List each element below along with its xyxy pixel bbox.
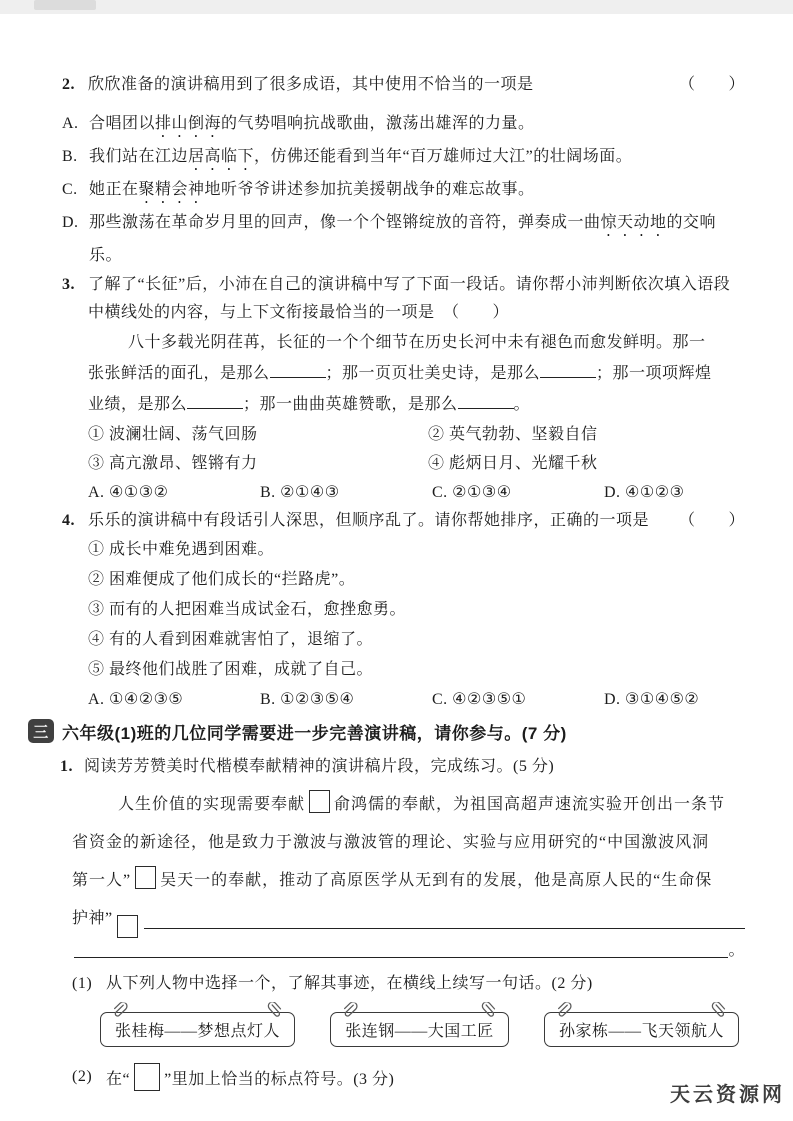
choice-a: A. ①④②③⑤ [88,685,260,714]
choice-d: D. ③①④⑤② [604,685,699,714]
option-text-post: ，仿佛还能看到当年“百万雄师过大江”的壮阔场面。 [254,148,632,165]
question-2-stem: 欣欣准备的演讲稿用到了很多成语，其中使用不恰当的一项是 [88,72,534,98]
option-text: 合唱团以排山倒海的气势唱响抗战歌曲，激荡出雄浑的力量。 [89,108,745,141]
section-three-title: 六年级(1)班的几位同学需要进一步完善演讲稿，请你参与。(7 分) [62,719,567,744]
exam-page: 2. 欣欣准备的演讲稿用到了很多成语，其中使用不恰当的一项是 （ ） A. 合唱… [0,0,793,1121]
option-label: B. [62,141,89,174]
sub-question-1-2-label: (2) [72,1063,106,1094]
question-3-head: 3. 了解了“长征”后，小沛在自己的演讲稿中写了下面一段话。请你帮小沛判断依次填… [62,271,745,327]
continuation-underline [74,957,728,958]
question-4: 4. 乐乐的演讲稿中有段话引人深思，但顺序乱了。请你帮她排序，正确的一项是 （ … [62,507,745,714]
question-4-head: 4. 乐乐的演讲稿中有段话引人深思，但顺序乱了。请你帮她排序，正确的一项是 （ … [62,507,745,535]
sub-question-1-2-text: 在“”里加上恰当的标点符号。(3 分) [106,1063,745,1094]
person-cards: 张桂梅——梦想点灯人 张连钢——大国工匠 孙家栋——飞天领航人 [100,1012,739,1047]
choice-c: C. ④②③⑤① [432,685,604,714]
question-4-stem: 乐乐的演讲稿中有段话引人深思，但顺序乱了。请你帮她排序，正确的一项是 [88,507,649,535]
sub-question-1-2: (2) 在“”里加上恰当的标点符号。(3 分) [72,1063,745,1094]
passage-text: 人生价值的实现需要奉献 [118,796,305,813]
fill-in-blank [458,394,514,409]
paperclip-icon [340,1001,359,1020]
passage-line: 人生价值的实现需要奉献俞鸿儒的奉献，为祖国高超声速流实验开创出一条节 [72,786,745,824]
passage-text: 俞鸿儒的奉献，为祖国高超声速流实验开创出一条节 [334,796,725,813]
watermark: 天云资源网 [670,1078,785,1107]
item-3: ③ 高亢激昂、铿锵有力 [88,449,428,478]
sentence-5: ⑤ 最终他们战胜了困难，成就了自己。 [88,655,745,685]
sub-question-1-2-pre: 在“ [106,1071,130,1088]
item-4: ④ 彪炳日月、光耀千秋 [428,449,745,478]
option-text-pre: 我们站在江边 [89,148,188,165]
person-card-label: 孙家栋——飞天领航人 [559,1023,724,1040]
sentence-3: ③ 而有的人把困难当成试金石，愈挫愈勇。 [88,595,745,625]
fill-in-blank [270,363,326,378]
section-three-body: 1. 阅读芳芳赞美时代楷模奉献精神的演讲稿片段，完成练习。(5 分) 人生价值的… [60,754,745,1094]
question-4-number: 4. [62,507,88,535]
question-4-items: ① 成长中难免遇到困难。 ② 困难便成了他们成长的“拦路虎”。 ③ 而有的人把困… [88,535,745,685]
passage-text: ；那一项项辉煌 [596,365,712,382]
passage-line: 第一人”吴天一的奉献，推动了高原医学从无到有的发展，他是高原人民的“生命保 [72,862,745,900]
person-card-label: 张连钢——大国工匠 [345,1023,494,1040]
paperclip-icon [554,1001,573,1020]
punctuation-box [309,790,330,813]
passage-text: ；那一曲曲英雄赞歌，是那么 [243,396,458,413]
question-2-option-b: B. 我们站在江边居高临下，仿佛还能看到当年“百万雄师过大江”的壮阔场面。 [62,141,745,174]
sub-question-1-1-text: 从下列人物中选择一个，了解其事迹，在横线上续写一句话。(2 分) [106,970,745,998]
item-1: ① 波澜壮阔、荡气回肠 [88,420,428,449]
passage-text: 张张鲜活的面孔，是那么 [88,365,270,382]
sub-question-1-number: 1. [60,754,84,780]
question-2-options: A. 合唱团以排山倒海的气势唱响抗战歌曲，激荡出雄浑的力量。 B. 我们站在江边… [62,108,745,271]
speech-passage: 人生价值的实现需要奉献俞鸿儒的奉献，为祖国高超声速流实验开创出一条节 省资金的新… [72,786,745,960]
emphasized-idiom: 惊天动地 [601,214,667,231]
section-three: 三 六年级(1)班的几位同学需要进一步完善演讲稿，请你参与。(7 分) 1. 阅… [28,716,745,1094]
question-3-passage: 八十多载光阴荏苒，长征的一个个细节在历史长河中未有褪色而愈发鲜明。那一 张张鲜活… [88,327,745,420]
passage-line: 省资金的新途径，他是致力于激波与激波管的理论、实验与应用研究的“中国激波风洞 [72,824,745,862]
punctuation-box [135,866,156,889]
question-3: 3. 了解了“长征”后，小沛在自己的演讲稿中写了下面一段话。请你帮小沛判断依次填… [62,271,745,507]
question-2: 2. 欣欣准备的演讲稿用到了很多成语，其中使用不恰当的一项是 （ ） A. 合唱… [62,72,745,271]
scan-smudge [34,0,96,10]
question-4-choices: A. ①④②③⑤ B. ①②③⑤④ C. ④②③⑤① D. ③①④⑤② [88,685,745,714]
option-label: A. [62,108,89,141]
sentence-2: ② 困难便成了他们成长的“拦路虎”。 [88,565,745,595]
sub-question-1-head: 1. 阅读芳芳赞美时代楷模奉献精神的演讲稿片段，完成练习。(5 分) [60,754,745,780]
sentence-period: 。 [728,942,745,960]
paperclip-icon [110,1001,129,1020]
question-3-choices: A. ④①③② B. ②①④③ C. ②①③④ D. ④①②③ [88,478,745,507]
question-2-option-a: A. 合唱团以排山倒海的气势唱响抗战歌曲，激荡出雄浑的力量。 [62,108,745,141]
option-label: C. [62,174,89,207]
choice-b: B. ②①④③ [260,478,432,507]
question-2-head: 2. 欣欣准备的演讲稿用到了很多成语，其中使用不恰当的一项是 （ ） [62,72,745,98]
fill-in-blank [540,363,596,378]
question-3-stem-text: 了解了“长征”后，小沛在自己的演讲稿中写了下面一段话。请你帮小沛判断依次填入语段… [88,276,730,321]
passage-text: 护神” [72,900,113,938]
continuation-line: 。 [72,940,745,960]
option-text: 那些激荡在革命岁月里的回声，像一个个铿锵绽放的音符，弹奏成一曲惊天动地的交响乐。 [89,207,745,271]
question-2-option-c: C. 她正在聚精会神地听爷爷讲述参加抗美援朝战争的难忘故事。 [62,174,745,207]
sentence-1: ① 成长中难免遇到困难。 [88,535,745,565]
option-text: 我们站在江边居高临下，仿佛还能看到当年“百万雄师过大江”的壮阔场面。 [89,141,745,174]
option-text-pre: 她正在 [89,181,139,198]
sub-question-1-1-label: (1) [72,970,106,998]
question-3-answer-bracket: （ ） [451,304,509,321]
paperclip-icon [480,1001,498,1019]
choice-c: C. ②①③④ [432,478,604,507]
sentence-4: ④ 有的人看到困难就害怕了，退缩了。 [88,625,745,655]
paperclip-icon [266,1001,284,1019]
person-card-zhang-liangang: 张连钢——大国工匠 [330,1012,509,1047]
choice-d: D. ④①②③ [604,478,684,507]
option-text: 她正在聚精会神地听爷爷讲述参加抗美援朝战争的难忘故事。 [89,174,745,207]
question-3-number: 3. [62,271,88,327]
sub-question-1-stem: 阅读芳芳赞美时代楷模奉献精神的演讲稿片段，完成练习。(5 分) [84,754,554,780]
item-2: ② 英气勃勃、坚毅自信 [428,420,745,449]
sub-question-1-2-post: ”里加上恰当的标点符号。(3 分) [164,1071,394,1088]
passage-text: 。 [514,396,531,413]
passage-line: 业绩，是那么；那一曲曲英雄赞歌，是那么。 [88,389,745,420]
question-2-number: 2. [62,72,88,98]
passage-text: 第一人” [72,872,131,889]
option-text-pre: 那些激荡在革命岁月里的回声，像一个个铿锵绽放的音符，弹奏成一曲 [89,214,601,231]
choice-a: A. ④①③② [88,478,260,507]
question-2-option-d: D. 那些激荡在革命岁月里的回声，像一个个铿锵绽放的音符，弹奏成一曲惊天动地的交… [62,207,745,271]
fill-in-blank [187,394,243,409]
emphasized-idiom: 聚精会神 [139,181,205,198]
question-3-items: ① 波澜壮阔、荡气回肠 ② 英气勃勃、坚毅自信 ③ 高亢激昂、铿锵有力 ④ 彪炳… [88,420,745,478]
passage-text: 吴天一的奉献，推动了高原医学从无到有的发展，他是高原人民的“生命保 [160,872,712,889]
question-4-answer-bracket: （ ） [679,507,745,535]
option-text-post: 的气势唱响抗战歌曲，激荡出雄浑的力量。 [221,115,535,132]
page-top-scan-edge [0,0,793,14]
person-card-label: 张桂梅——梦想点灯人 [115,1023,280,1040]
punctuation-box [117,915,138,938]
punctuation-box [134,1063,160,1091]
choice-b: B. ①②③⑤④ [260,685,432,714]
passage-line: 八十多载光阴荏苒，长征的一个个细节在历史长河中未有褪色而愈发鲜明。那一 [88,327,745,358]
person-card-zhang-guimei: 张桂梅——梦想点灯人 [100,1012,295,1047]
passage-line: 张张鲜活的面孔，是那么；那一页页壮美史诗，是那么；那一项项辉煌 [88,358,745,389]
emphasized-idiom: 排山倒海 [155,115,221,132]
question-2-answer-bracket: （ ） [679,72,745,98]
option-text-post: 地听爷爷讲述参加抗美援朝战争的难忘故事。 [205,181,535,198]
passage-text: 业绩，是那么 [88,396,187,413]
paperclip-icon [710,1001,728,1019]
option-text-pre: 合唱团以 [89,115,155,132]
section-three-header: 三 六年级(1)班的几位同学需要进一步完善演讲稿，请你参与。(7 分) [28,716,745,746]
person-card-sun-jiadong: 孙家栋——飞天领航人 [544,1012,739,1047]
option-label: D. [62,207,89,271]
continuation-underline [144,928,745,929]
passage-line: 护神” [72,900,745,938]
exam-content: 2. 欣欣准备的演讲稿用到了很多成语，其中使用不恰当的一项是 （ ） A. 合唱… [62,72,745,1094]
emphasized-idiom: 居高临下 [188,148,254,165]
section-number-badge: 三 [28,719,54,743]
sub-question-1-1: (1) 从下列人物中选择一个，了解其事迹，在横线上续写一句话。(2 分) [72,970,745,998]
question-3-stem: 了解了“长征”后，小沛在自己的演讲稿中写了下面一段话。请你帮小沛判断依次填入语段… [88,271,745,327]
passage-text: ；那一页页壮美史诗，是那么 [326,365,541,382]
